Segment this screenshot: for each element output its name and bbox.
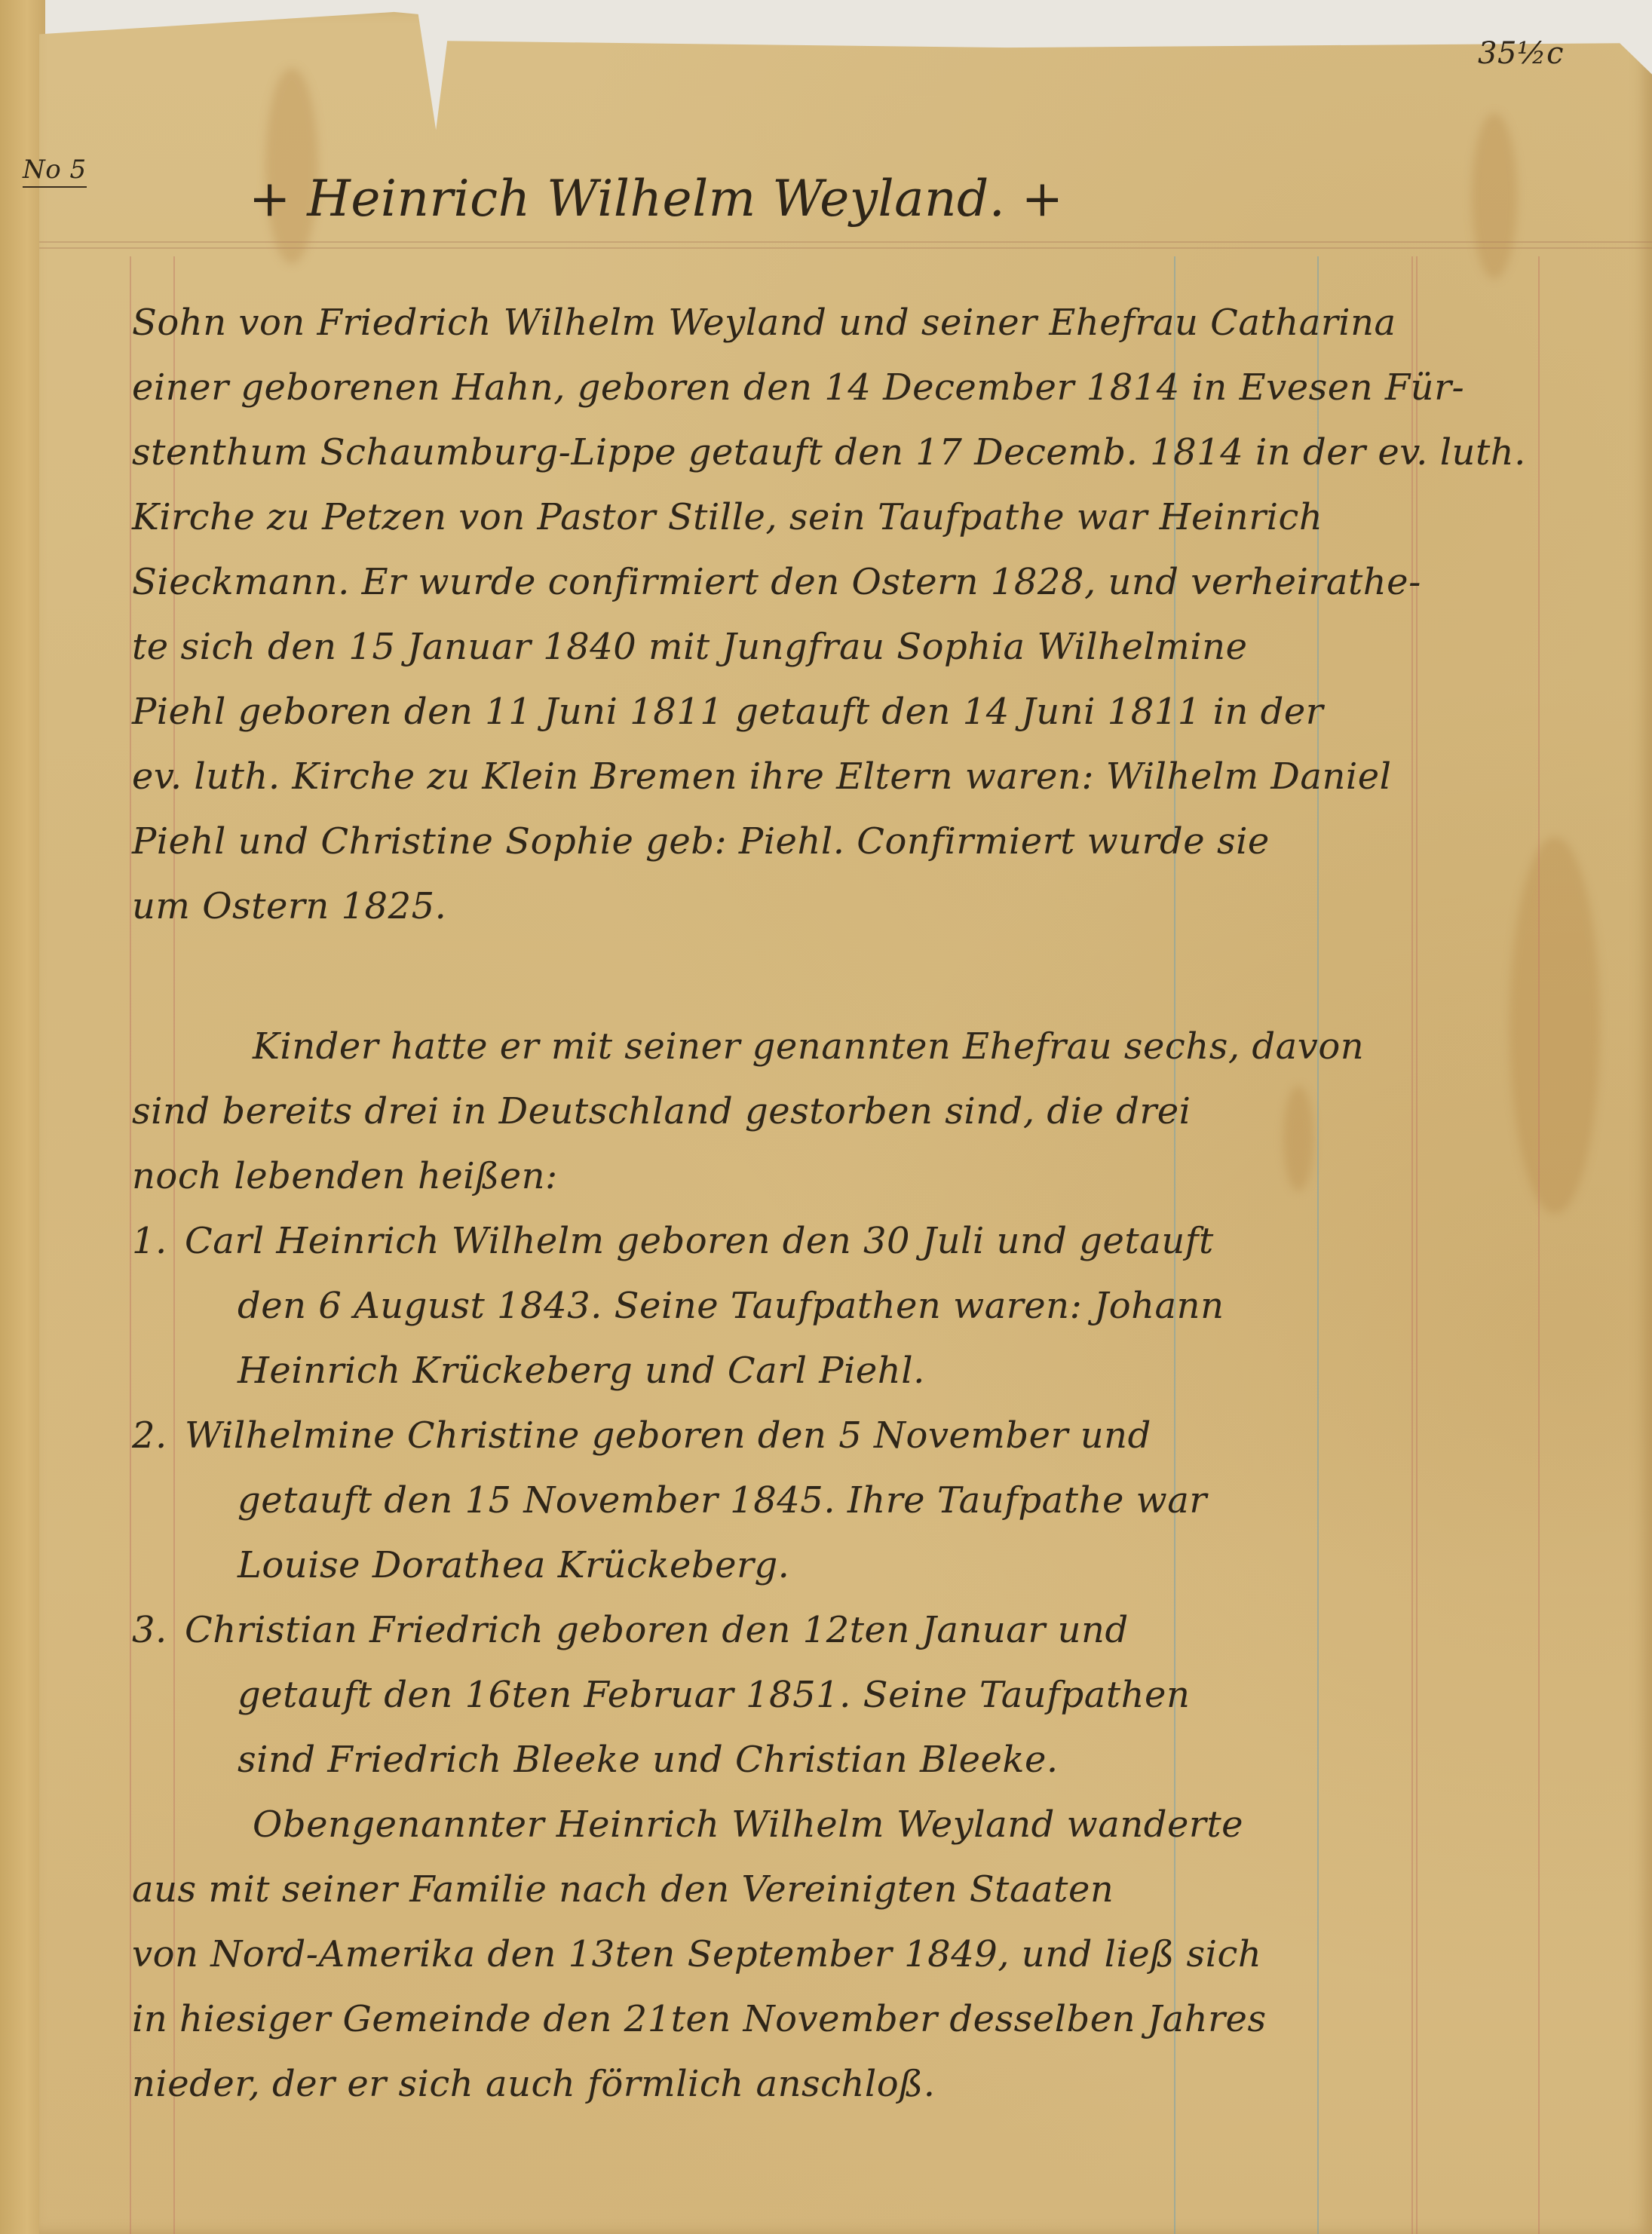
text-line: von Nord-Amerika den 13ten September 184… [132, 1922, 1549, 1987]
header-rule-line [39, 241, 1652, 243]
child-line: Wilhelmine Christine geboren den 5 Novem… [185, 1414, 1151, 1457]
text-line: Piehl und Christine Sophie geb: Piehl. C… [132, 809, 1549, 874]
text-line: sind bereits drei in Deutschland gestorb… [132, 1079, 1549, 1144]
text-line: noch lebenden heißen: [132, 1144, 1549, 1209]
entry-body: Sohn von Friedrich Wilhelm Weyland und s… [132, 290, 1549, 2116]
page-number: 35½c [1478, 36, 1564, 71]
text-line: um Ostern 1825. [132, 874, 1549, 939]
text-line: Piehl geboren den 11 Juni 1811 getauft d… [132, 679, 1549, 744]
emigration-paragraph: Obengenannter Heinrich Wilhelm Weyland w… [132, 1792, 1549, 2116]
text-line: aus mit seiner Familie nach den Vereinig… [132, 1857, 1549, 1922]
text-line: einer geborenen Hahn, geboren den 14 Dec… [132, 355, 1549, 420]
entry-number: No 5 [23, 155, 87, 188]
text-line: Kirche zu Petzen von Pastor Stille, sein… [132, 485, 1549, 550]
text-line: Obengenannter Heinrich Wilhelm Weyland w… [132, 1792, 1549, 1857]
text-line: 1.Carl Heinrich Wilhelm geboren den 30 J… [132, 1209, 1549, 1273]
text-line: ev. luth. Kirche zu Klein Bremen ihre El… [132, 744, 1549, 809]
child-number: 1. [132, 1209, 185, 1273]
book-binding-edge [0, 0, 45, 2234]
child-number: 3. [132, 1598, 185, 1662]
child-line: Christian Friedrich geboren den 12ten Ja… [185, 1609, 1129, 1651]
text-line: Heinrich Krückeberg und Carl Piehl. [132, 1338, 1549, 1403]
child-line: Carl Heinrich Wilhelm geboren den 30 Jul… [185, 1220, 1214, 1262]
text-line: Sieckmann. Er wurde confirmiert den Oste… [132, 550, 1549, 614]
header-rule-line [39, 247, 1652, 249]
text-line: 2.Wilhelmine Christine geboren den 5 Nov… [132, 1403, 1549, 1468]
text-line: getauft den 15 November 1845. Ihre Taufp… [132, 1468, 1549, 1533]
text-line: Kinder hatte er mit seiner genannten Ehe… [132, 1014, 1549, 1079]
text-line: stenthum Schaumburg-Lippe getauft den 17… [132, 420, 1549, 485]
child-entry-2: 2.Wilhelmine Christine geboren den 5 Nov… [132, 1403, 1549, 1598]
margin-rule-line [130, 256, 131, 2234]
text-line: getauft den 16ten Februar 1851. Seine Ta… [132, 1662, 1549, 1727]
text-line: 3.Christian Friedrich geboren den 12ten … [132, 1598, 1549, 1662]
entry-title: + Heinrich Wilhelm Weyland. + [249, 170, 1064, 228]
child-entry-3: 3.Christian Friedrich geboren den 12ten … [132, 1598, 1549, 1792]
text-line: Louise Dorathea Krückeberg. [132, 1533, 1549, 1598]
paragraph-gap [132, 939, 1549, 1014]
child-number: 2. [132, 1403, 185, 1468]
biography-paragraph: Sohn von Friedrich Wilhelm Weyland und s… [132, 290, 1549, 939]
text-line: te sich den 15 Januar 1840 mit Jungfrau … [132, 614, 1549, 679]
text-line: in hiesiger Gemeinde den 21ten November … [132, 1987, 1549, 2052]
text-line: den 6 August 1843. Seine Taufpathen ware… [132, 1273, 1549, 1338]
text-line: sind Friedrich Bleeke und Christian Blee… [132, 1727, 1549, 1792]
child-entry-1: 1.Carl Heinrich Wilhelm geboren den 30 J… [132, 1209, 1549, 1403]
children-intro-paragraph: Kinder hatte er mit seiner genannten Ehe… [132, 1014, 1549, 1209]
text-line: nieder, der er sich auch förmlich anschl… [132, 2052, 1549, 2116]
water-stain [1472, 113, 1517, 279]
water-stain [265, 68, 318, 264]
text-line: Sohn von Friedrich Wilhelm Weyland und s… [132, 290, 1549, 355]
